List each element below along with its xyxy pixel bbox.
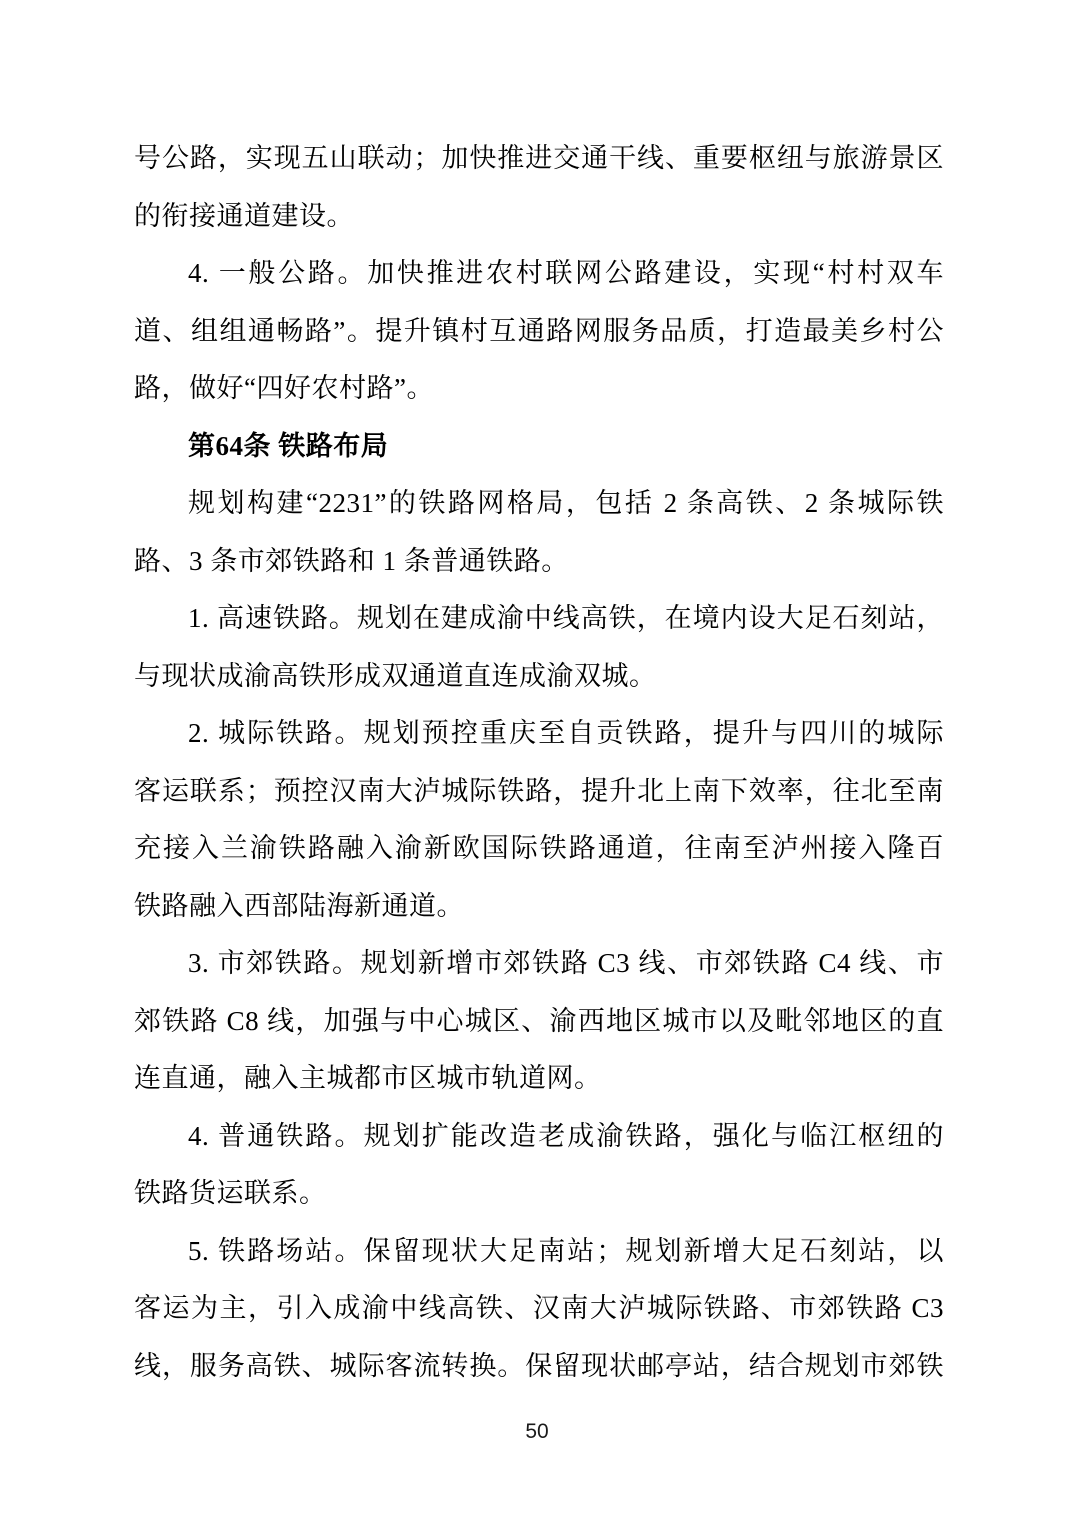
section-heading: 第64条 铁路布局: [134, 418, 944, 476]
body-text-line: 连直通，融入主城都市区城市轨道网。: [134, 1050, 944, 1108]
document-body: 号公路，实现五山联动；加快推进交通干线、重要枢纽与旅游景区的衔接通道建设。4. …: [134, 130, 944, 1395]
body-text-line: 1. 高速铁路。规划在建成渝中线高铁，在境内设大足石刻站，: [134, 590, 944, 648]
body-text-line: 道、组组通畅路”。提升镇村互通路网服务品质，打造最美乡村公: [134, 303, 944, 361]
body-text-line: 路，做好“四好农村路”。: [134, 360, 944, 418]
body-text-line: 4. 一般公路。加快推进农村联网公路建设，实现“村村双车: [134, 245, 944, 303]
page-footer: 50: [0, 1420, 1074, 1444]
body-text-line: 铁路融入西部陆海新通道。: [134, 878, 944, 936]
body-text-line: 规划构建“2231”的铁路网格局，包括 2 条高铁、2 条城际铁: [134, 475, 944, 533]
body-text-line: 铁路货运联系。: [134, 1165, 944, 1223]
body-text-line: 客运联系；预控汉南大泸城际铁路，提升北上南下效率，往北至南: [134, 763, 944, 821]
body-text-line: 3. 市郊铁路。规划新增市郊铁路 C3 线、市郊铁路 C4 线、市: [134, 935, 944, 993]
body-text-line: 客运为主，引入成渝中线高铁、汉南大泸城际铁路、市郊铁路 C3: [134, 1280, 944, 1338]
body-text-line: 的衔接通道建设。: [134, 188, 944, 246]
body-text-line: 路、3 条市郊铁路和 1 条普通铁路。: [134, 533, 944, 591]
page-number: 50: [525, 1420, 548, 1443]
body-text-line: 4. 普通铁路。规划扩能改造老成渝铁路，强化与临江枢纽的: [134, 1108, 944, 1166]
body-text-line: 线，服务高铁、城际客流转换。保留现状邮亭站，结合规划市郊铁: [134, 1338, 944, 1396]
body-text-line: 与现状成渝高铁形成双通道直连成渝双城。: [134, 648, 944, 706]
body-text-line: 充接入兰渝铁路融入渝新欧国际铁路通道，往南至泸州接入隆百: [134, 820, 944, 878]
body-text-line: 5. 铁路场站。保留现状大足南站；规划新增大足石刻站，以: [134, 1223, 944, 1281]
body-text-line: 郊铁路 C8 线，加强与中心城区、渝西地区城市以及毗邻地区的直: [134, 993, 944, 1051]
body-text-line: 号公路，实现五山联动；加快推进交通干线、重要枢纽与旅游景区: [134, 130, 944, 188]
document-page: 号公路，实现五山联动；加快推进交通干线、重要枢纽与旅游景区的衔接通道建设。4. …: [0, 0, 1074, 1520]
body-text-line: 2. 城际铁路。规划预控重庆至自贡铁路，提升与四川的城际: [134, 705, 944, 763]
